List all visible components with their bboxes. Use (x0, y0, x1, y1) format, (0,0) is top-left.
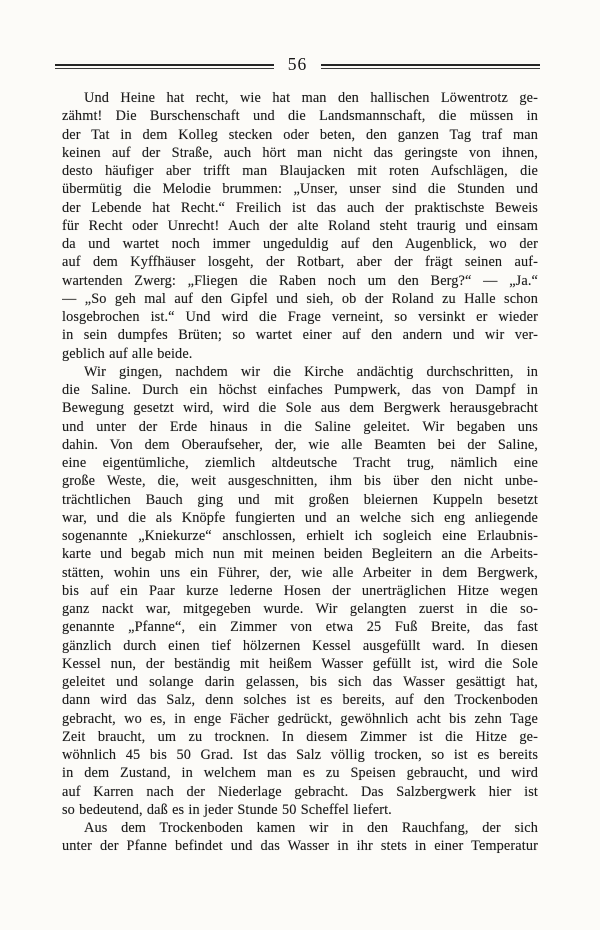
header-rule-right (321, 64, 540, 69)
text-line: große Weste, die, weit ausgeschnitten, i… (62, 472, 538, 490)
text-line: der Tat in dem Kolleg stecken oder beten… (62, 126, 538, 144)
text-line: bis auf ein Paar kurze lederne Hosen der… (62, 582, 538, 600)
book-page: 56 Und Heine hat recht, wie hat man den … (0, 0, 600, 930)
text-line: in dem Zustand, in welchem man es zu Spe… (62, 764, 538, 782)
text-line: genannte „Pfanne“, ein Zimmer von etwa 2… (62, 618, 538, 636)
text-line: eine eigentümliche, ziemlich altdeutsche… (62, 454, 538, 472)
paragraph: Wir gingen, nachdem wir die Kirche andäc… (62, 363, 538, 819)
text-line: dahin. Von dem Oberaufseher, der, wie al… (62, 436, 538, 454)
text-line: Bewegung gesetzt wird, wird die Sole aus… (62, 399, 538, 417)
text-line: da und wartet noch immer ungeduldig auf … (62, 235, 538, 253)
page-number: 56 (283, 56, 313, 74)
paragraph: Und Heine hat recht, wie hat man den hal… (62, 89, 538, 363)
text-block: Und Heine hat recht, wie hat man den hal… (62, 89, 538, 856)
text-line: keinen auf der Straße, auch hört man nic… (62, 144, 538, 162)
text-line: der Lebende hat Recht.“ Freilich ist das… (62, 199, 538, 217)
text-line: ganz nackt war, mitgegeben wurde. Wir ge… (62, 600, 538, 618)
text-line: die Saline. Durch ein höchst einfaches P… (62, 381, 538, 399)
text-line: dann wird das Salz, denn solches ist es … (62, 691, 538, 709)
text-line: wartenden Zwerg: „Fliegen die Raben noch… (62, 272, 538, 290)
text-line: zähmt! Die Burschenschaft und die Landsm… (62, 107, 538, 125)
text-line: auf dem Kyffhäuser losgeht, der Rotbart,… (62, 253, 538, 271)
text-line: gänzlich durch einen tief hölzernen Kess… (62, 637, 538, 655)
text-line: sogenannte „Kniekurze“ anschlossen, erhi… (62, 527, 538, 545)
page-header: 56 (55, 54, 540, 76)
text-line: — „So geh mal auf den Gipfel und sieh, o… (62, 290, 538, 308)
text-line: wöhnlich 45 bis 50 Grad. Ist das Salz vö… (62, 746, 538, 764)
text-line: Und Heine hat recht, wie hat man den hal… (62, 89, 538, 107)
text-line: in sein dumpfes Brüten; so wartet einer … (62, 326, 538, 344)
text-line: geleitet und solange darin gelassen, bis… (62, 673, 538, 691)
text-line: so bedeutend, daß es in jeder Stunde 50 … (62, 801, 538, 819)
text-line: gebracht, wo es, in enge Fächer gedrückt… (62, 710, 538, 728)
text-line: war, und die als Knöpfe fungierten und a… (62, 509, 538, 527)
text-line: auf Karren nach der Niederlage gebracht.… (62, 783, 538, 801)
text-line: übermütig die Melodie brummen: „Unser, u… (62, 180, 538, 198)
text-line: losgebrochen ist.“ Und wird die Frage ve… (62, 308, 538, 326)
text-line: und unter der Erde hinaus in die Saline … (62, 418, 538, 436)
text-line: karte und begab mich nun mit meinen beid… (62, 545, 538, 563)
text-line: Zeit braucht, um zu trocknen. In diesem … (62, 728, 538, 746)
text-line: unter der Pfanne befindet und das Wasser… (62, 837, 538, 855)
text-line: geblich auf alle beide. (62, 345, 538, 363)
text-line: trächtlichen Bauch ging und mit großen b… (62, 491, 538, 509)
text-line: Aus dem Trockenboden kamen wir in den Ra… (62, 819, 538, 837)
text-line: für Recht oder Unrecht! Auch der alte Ro… (62, 217, 538, 235)
text-line: desto häufiger aber trifft man Blaujacke… (62, 162, 538, 180)
text-line: Kessel nun, der beständig mit heißem Was… (62, 655, 538, 673)
header-rule-left (55, 64, 274, 69)
paragraph: Aus dem Trockenboden kamen wir in den Ra… (62, 819, 538, 856)
text-line: stätten, wohin uns ein Führer, der, wie … (62, 564, 538, 582)
text-line: Wir gingen, nachdem wir die Kirche andäc… (62, 363, 538, 381)
